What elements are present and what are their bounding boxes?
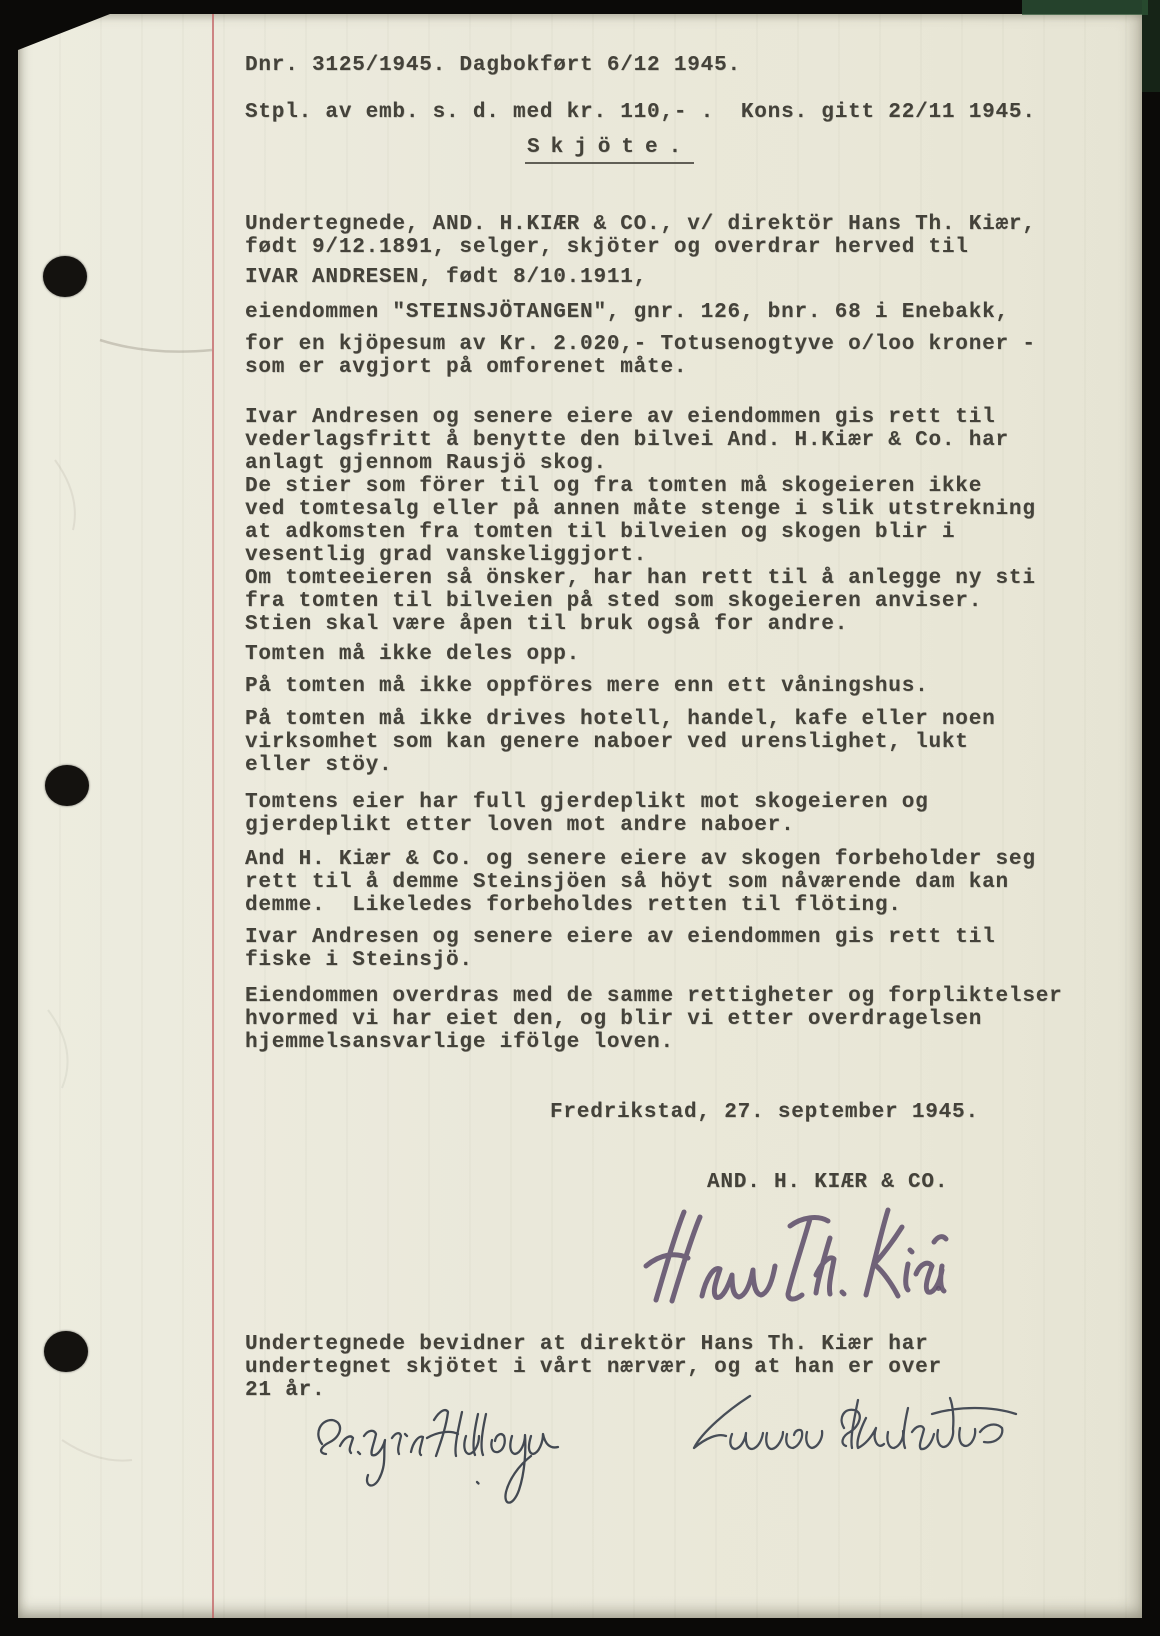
red-margin-line: [212, 14, 214, 1618]
punch-hole: [45, 765, 89, 806]
scanner-edge-artifact-right: [1142, 0, 1160, 92]
paragraph-parties: Undertegnede, AND. H.KIÆR & CO., v/ dire…: [245, 213, 1036, 259]
torn-corner: [18, 14, 110, 50]
journal-number-line: Dnr. 3125/1945. Dagbokført 6/12 1945.: [245, 54, 741, 77]
paragraph-buyer: IVAR ANDRESEN, født 8/10.1911,: [245, 266, 647, 289]
punch-hole: [43, 256, 87, 297]
paragraph-fencing: Tomtens eier har full gjerdeplikt mot sk…: [245, 791, 929, 837]
paragraph-property: eiendommen "STEINSJÖTANGEN", gnr. 126, b…: [245, 301, 1009, 324]
paragraph-price: for en kjöpesum av Kr. 2.020,- Totusenog…: [245, 333, 1036, 379]
scanner-edge-artifact: [1022, 0, 1148, 15]
witness1-signature-handwriting: [306, 1390, 571, 1515]
punch-hole: [44, 1331, 88, 1372]
signature-period-dot: [936, 1286, 941, 1291]
paragraph-road-rights: Ivar Andresen og senere eiere av eiendom…: [245, 406, 1036, 636]
witness2-signature-handwriting: [686, 1386, 1021, 1471]
dateline: Fredrikstad, 27. september 1945.: [550, 1101, 979, 1124]
seller-signature-handwriting: [640, 1202, 950, 1312]
paragraph-damming: And H. Kiær & Co. og senere eiere av sko…: [245, 848, 1036, 917]
paragraph-one-house: På tomten må ikke oppföres mere enn ett …: [245, 675, 929, 698]
paragraph-fishing: Ivar Andresen og senere eiere av eiendom…: [245, 926, 996, 972]
paragraph-transfer-terms: Eiendommen overdras med de samme rettigh…: [245, 985, 1063, 1054]
seller-company-name: AND. H. KIÆR & CO.: [707, 1171, 948, 1194]
paragraph-no-business: På tomten må ikke drives hotell, handel,…: [245, 708, 996, 777]
scanned-deed-page: Dnr. 3125/1945. Dagbokført 6/12 1945. St…: [0, 0, 1160, 1636]
stamp-duty-line: Stpl. av emb. s. d. med kr. 110,- . Kons…: [245, 101, 1036, 124]
paragraph-no-subdivision: Tomten må ikke deles opp.: [245, 643, 580, 666]
document-title: Skjöte.: [525, 136, 694, 164]
